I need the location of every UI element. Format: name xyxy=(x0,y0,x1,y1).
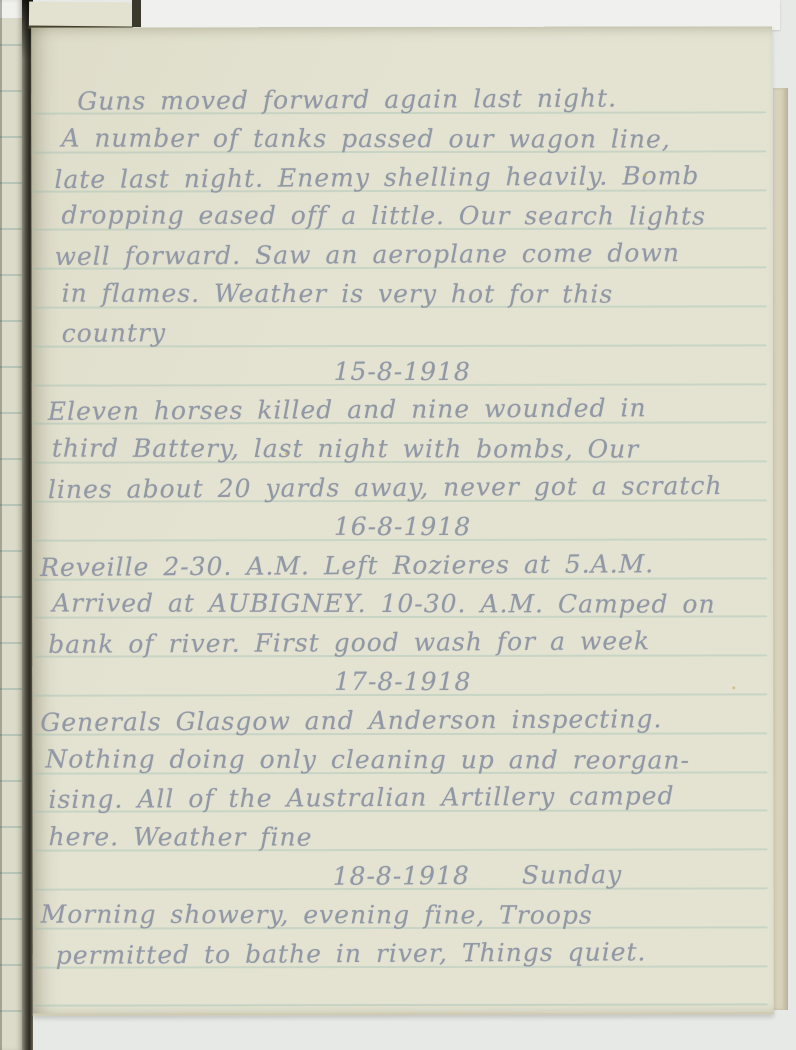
handwriting-line: dropping eased off a little. Our search … xyxy=(61,201,706,232)
handwriting-line: permitted to bathe in river, Things quie… xyxy=(56,937,647,971)
handwriting-line: 17-8-1918 xyxy=(32,666,773,697)
handwriting-line: here. Weather fine xyxy=(49,822,313,852)
paper-speck xyxy=(285,452,288,455)
handwriting-line: in flames. Weather is very hot for this xyxy=(62,279,614,310)
handwriting-line: Arrived at AUBIGNEY. 10-30. A.M. Camped … xyxy=(52,589,716,620)
handwriting-line: 18-8-1918 Sunday xyxy=(333,860,623,892)
handwriting-line: A number of tanks passed our wagon line, xyxy=(61,123,670,154)
corner-paper-tab xyxy=(29,1,133,29)
handwriting-line: country xyxy=(62,318,167,349)
handwriting-line: Eleven horses killed and nine wounded in xyxy=(48,394,647,428)
handwriting-line: third Battery, last night with bombs, Ou… xyxy=(52,434,639,465)
handwriting: Guns moved forward again last night.A nu… xyxy=(31,26,772,27)
diary-page-scan: Guns moved forward again last night.A nu… xyxy=(0,0,796,1050)
handwriting-line: Generals Glasgow and Anderson inspecting… xyxy=(40,704,662,738)
handwriting-line: ising. All of the Australian Artillery c… xyxy=(48,782,674,816)
handwriting-line: bank of river. First good wash for a wee… xyxy=(48,626,650,660)
ruled-line xyxy=(35,1004,768,1007)
handwriting-line: Morning showery, evening fine, Troops xyxy=(41,899,593,930)
handwriting-line: lines about 20 yards away, never got a s… xyxy=(48,471,723,505)
handwriting-line: late last night. Enemy shelling heavily.… xyxy=(54,161,699,195)
handwriting-line: 15-8-1918 xyxy=(32,356,773,387)
paper-speck xyxy=(732,686,735,689)
page-stack-edge xyxy=(773,88,788,1010)
handwriting-line: Reveille 2-30. A.M. Left Rozieres at 5.A… xyxy=(40,549,654,583)
handwriting-line: Nothing doing only cleaning up and reorg… xyxy=(45,744,690,775)
paper-speck xyxy=(643,174,646,177)
corner-notch xyxy=(132,0,141,27)
handwriting-line: 16-8-1918 xyxy=(32,511,773,542)
handwriting-line: well forward. Saw an aeroplane come down xyxy=(54,238,680,272)
handwriting-line: Guns moved forward again last night. xyxy=(77,83,617,116)
backing-sheet xyxy=(140,0,780,30)
notebook-page: Guns moved forward again last night.A nu… xyxy=(31,26,774,1015)
ruled-lines xyxy=(31,26,772,27)
previous-page-edge xyxy=(0,0,22,1050)
